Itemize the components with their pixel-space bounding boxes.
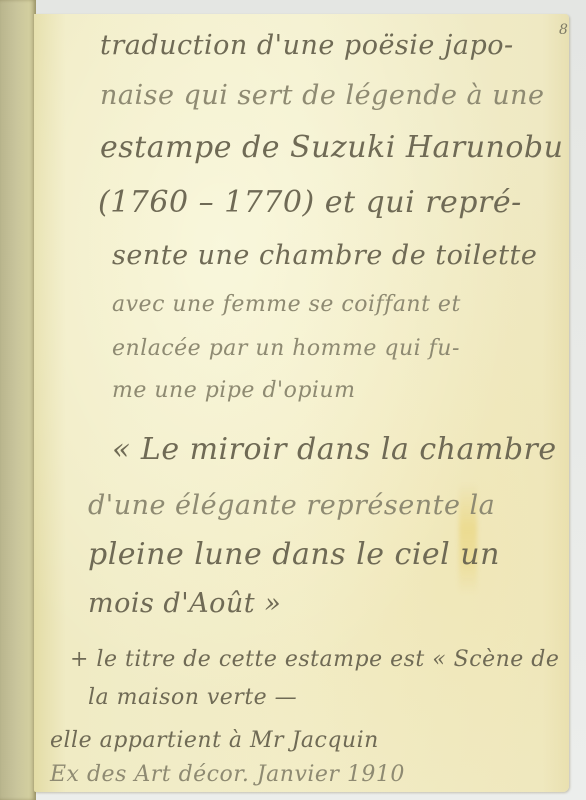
intro-line-3: estampe de Suzuki Harunobu <box>100 130 563 165</box>
intro-line-4: (1760 – 1770) et qui repré- <box>98 185 522 220</box>
footnote-line-1: + le titre de cette estampe est « Scène … <box>70 647 559 672</box>
quote-line-1: « Le miroir dans la chambre <box>112 432 557 467</box>
quote-line-4: mois d'Août » <box>88 588 281 619</box>
binding-strip <box>0 0 36 800</box>
intro-line-5: sente une chambre de toilette <box>112 240 537 271</box>
intro-line-8: me une pipe d'opium <box>112 378 355 403</box>
provenance-line-2: Ex des Art décor. Janvier 1910 <box>50 762 405 787</box>
intro-line-7: enlacée par un homme qui fu- <box>112 336 460 361</box>
quote-line-3: pleine lune dans le ciel un <box>88 537 500 572</box>
provenance-line-1: elle appartient à Mr Jacquin <box>50 728 379 753</box>
intro-line-6: avec une femme se coiffant et <box>112 292 461 317</box>
footnote-line-2: la maison verte — <box>88 685 297 710</box>
intro-line-2: naise qui sert de légende à une <box>100 80 545 111</box>
intro-line-1: traduction d'une poësie japo- <box>100 30 514 61</box>
quote-line-2: d'une élégante représente la <box>88 490 495 521</box>
page-number: 8 <box>559 22 568 38</box>
